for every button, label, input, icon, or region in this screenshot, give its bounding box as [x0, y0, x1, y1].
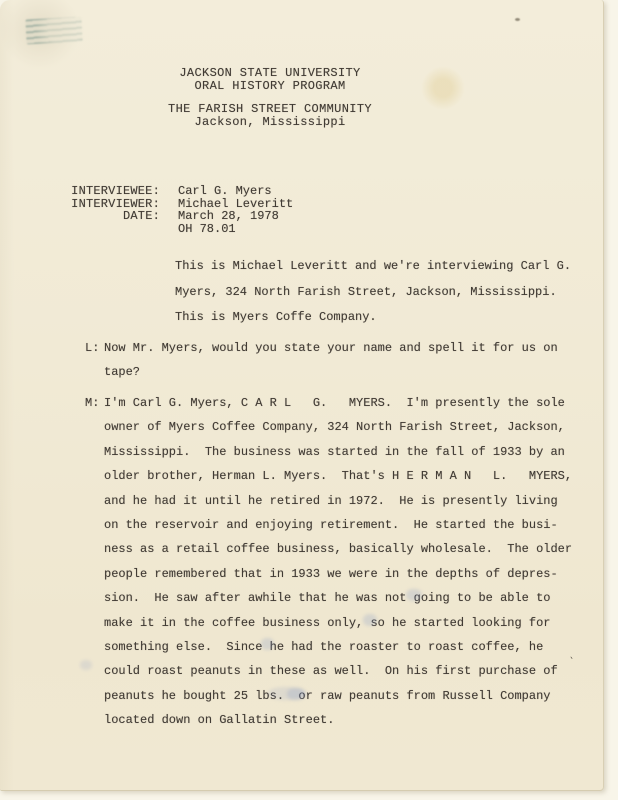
document-header: JACKSON STATE UNIVERSITY ORAL HISTORY PR… — [0, 67, 540, 129]
accession-number: OH 78.01 — [178, 223, 236, 236]
speaker-label-myers: M: — [85, 391, 104, 733]
header-collection-group: THE FARISH STREET COMMUNITY Jackson, Mis… — [0, 103, 540, 129]
meta-row-interviewee: INTERVIEWEE: Carl G. Myers — [0, 185, 293, 198]
collection-title: THE FARISH STREET COMMUNITY — [0, 103, 540, 116]
ink-speck — [515, 18, 520, 21]
program-title: ORAL HISTORY PROGRAM — [0, 80, 540, 93]
interview-metadata: INTERVIEWEE: Carl G. Myers INTERVIEWER: … — [0, 185, 293, 235]
erasure-smudge — [268, 687, 306, 700]
erasure-smudge — [80, 660, 92, 670]
answer-text: I'm Carl G. Myers, C A R L G. MYERS. I'm… — [104, 391, 584, 733]
erasure-smudge — [261, 638, 274, 650]
accession-stamp — [25, 17, 82, 45]
meta-row-date: DATE: March 28, 1978 — [0, 210, 293, 223]
date-label: DATE: — [0, 210, 160, 223]
answer-block: M: I'm Carl G. Myers, C A R L G. MYERS. … — [85, 391, 584, 733]
interviewee-value: Carl G. Myers — [178, 185, 272, 198]
scanned-document-page: JACKSON STATE UNIVERSITY ORAL HISTORY PR… — [0, 0, 604, 791]
erasure-smudge — [363, 614, 377, 626]
meta-row-accession: OH 78.01 — [0, 223, 293, 236]
speaker-label-interviewer: L: — [85, 336, 104, 385]
erasure-smudge — [406, 589, 422, 601]
question-block: L: Now Mr. Myers, would you state your n… — [85, 336, 584, 385]
collection-location: Jackson, Mississippi — [0, 116, 540, 129]
question-text: Now Mr. Myers, would you state your name… — [104, 336, 584, 385]
interviewee-label: INTERVIEWEE: — [0, 185, 160, 198]
header-institution-group: JACKSON STATE UNIVERSITY ORAL HISTORY PR… — [0, 67, 540, 93]
date-value: March 28, 1978 — [178, 210, 279, 223]
university-title: JACKSON STATE UNIVERSITY — [0, 67, 540, 80]
accession-label — [0, 223, 160, 236]
introduction-paragraph: This is Michael Leveritt and we're inter… — [175, 254, 595, 331]
